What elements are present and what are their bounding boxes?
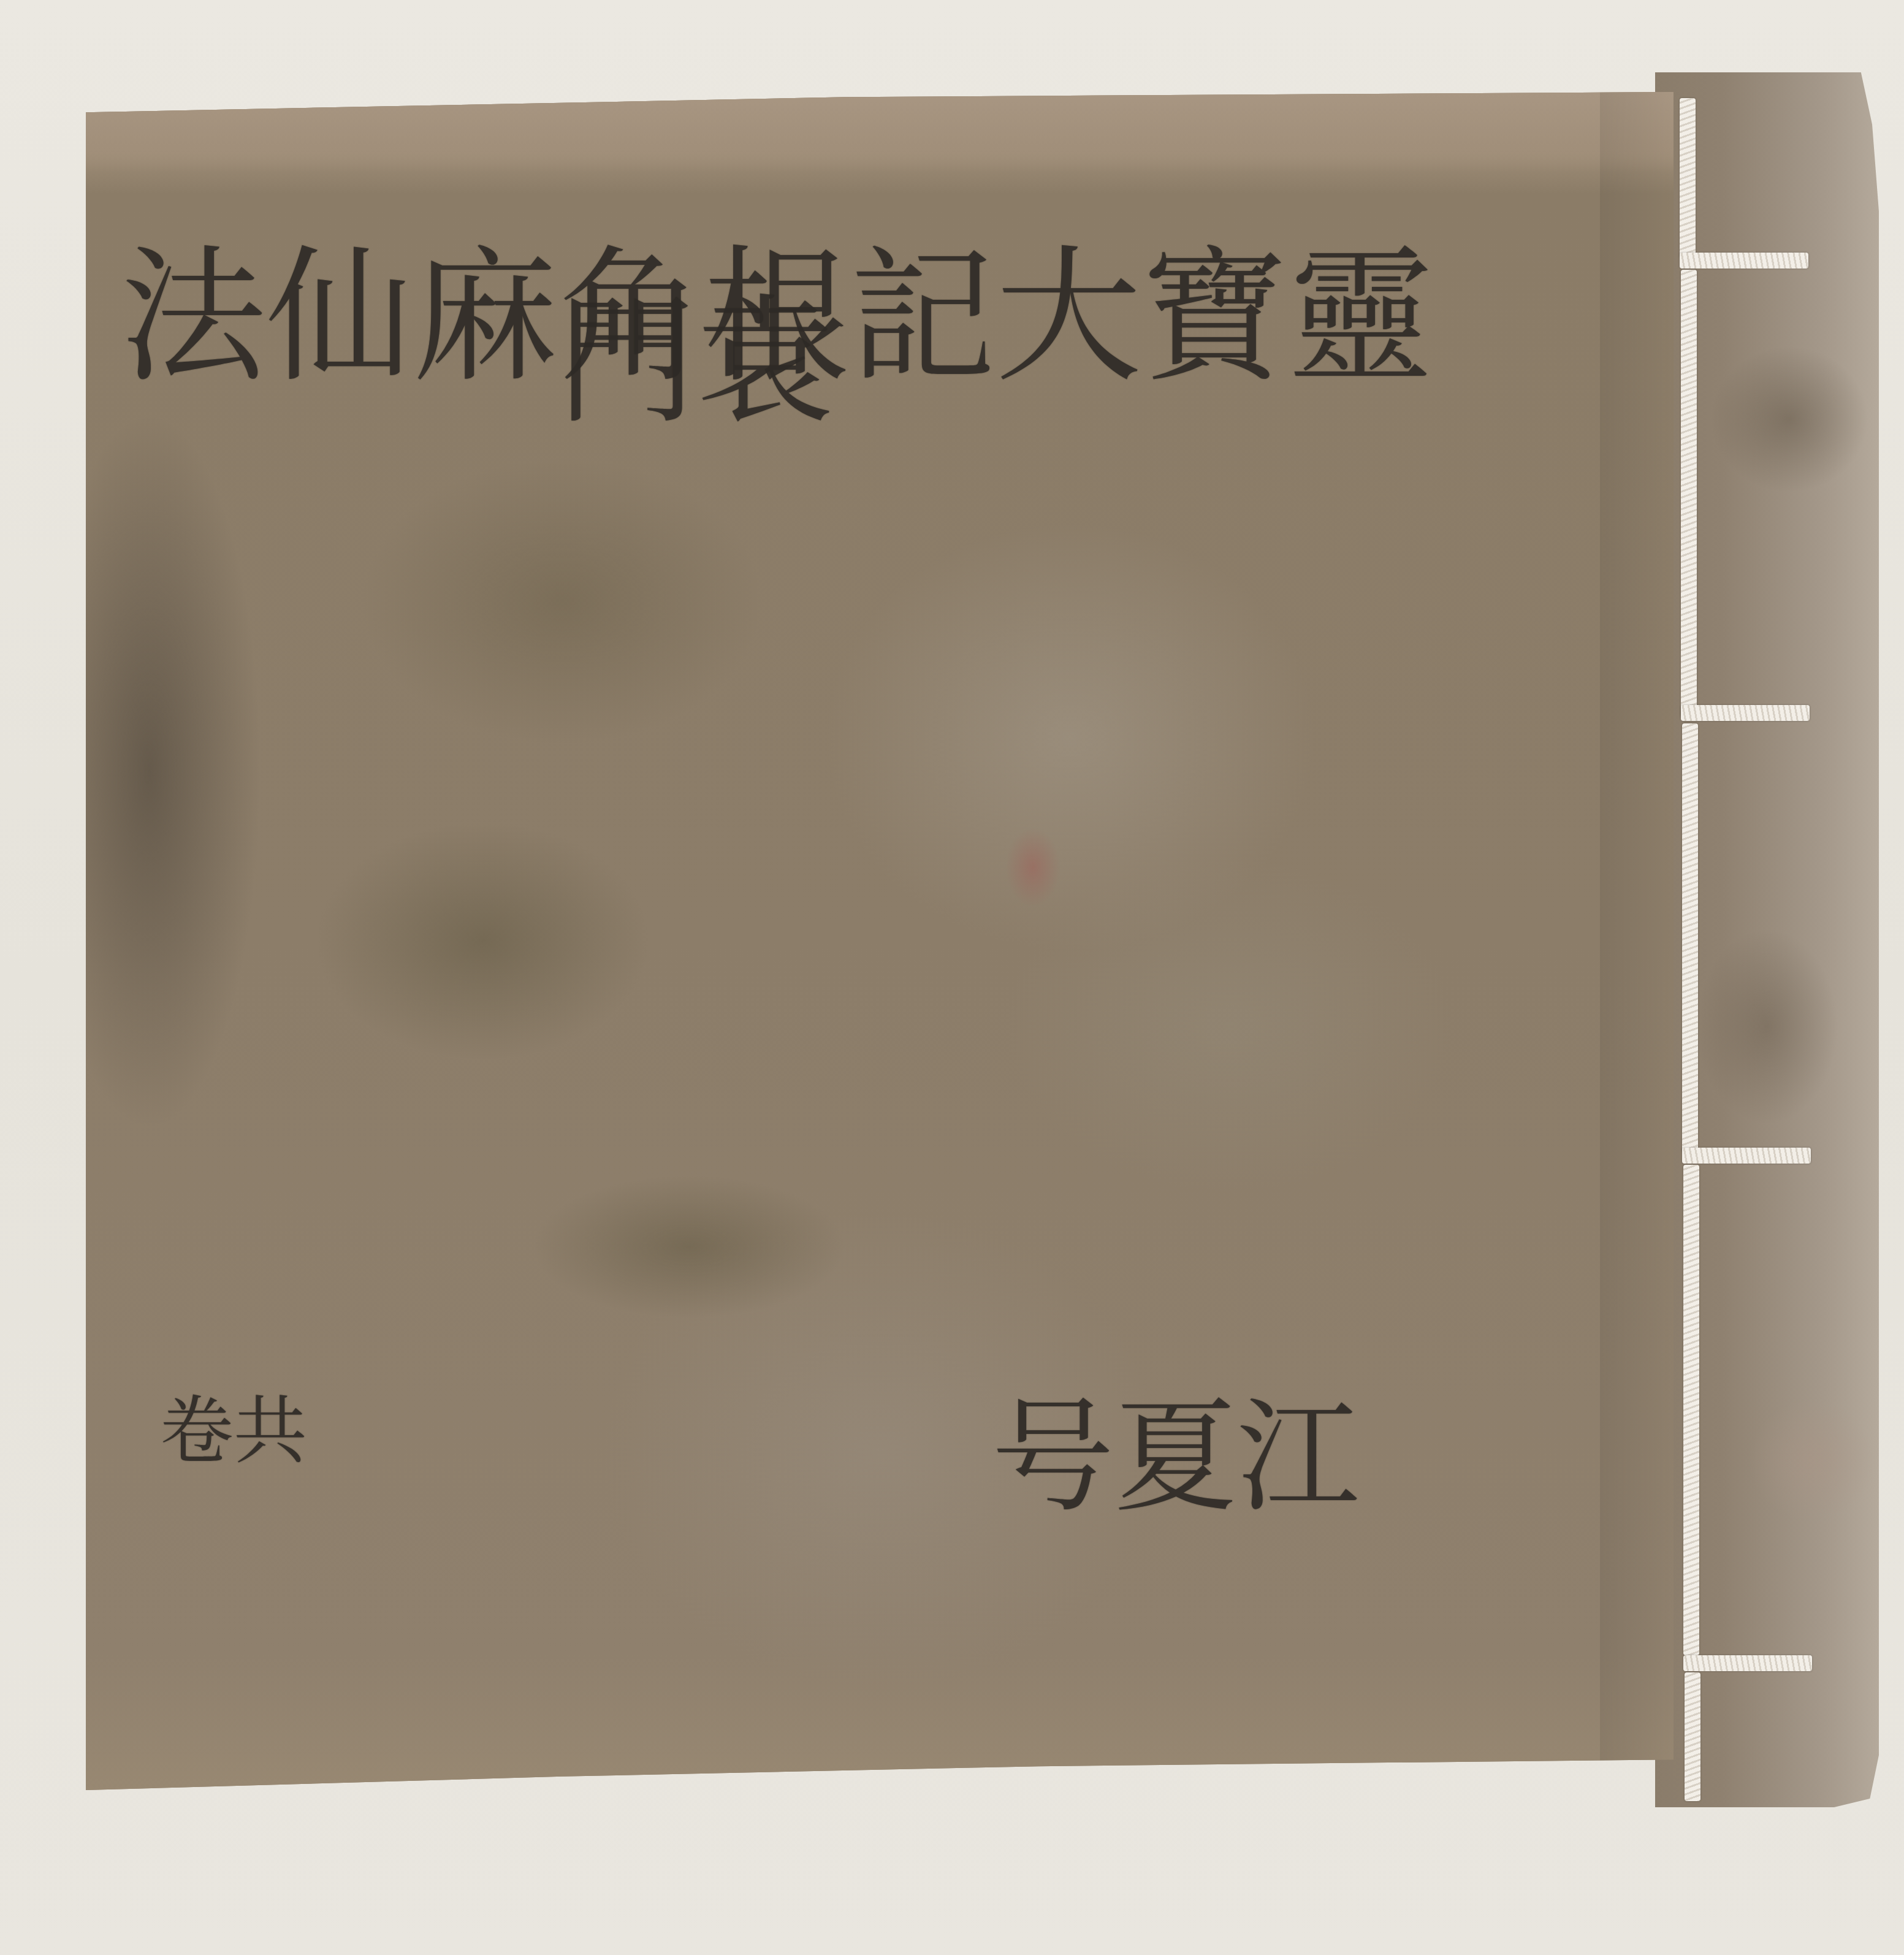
thread-horizontal-4 — [1683, 1655, 1812, 1671]
title-char: 記 — [837, 239, 983, 385]
thread-vertical-2 — [1681, 270, 1697, 717]
owner-char: 号 — [981, 1392, 1103, 1526]
title-char: 麻 — [399, 239, 545, 385]
label-char: 袁 — [684, 288, 821, 420]
school-label: 袁 門 — [546, 288, 821, 420]
thread-vertical-3 — [1682, 723, 1698, 1153]
owner-char: 夏 — [1103, 1392, 1226, 1526]
volume-char: 卷 — [153, 1392, 227, 1484]
spine-shadow — [1600, 92, 1674, 1790]
thread-horizontal-1 — [1680, 253, 1808, 269]
owner-mark: 江 夏 号 — [981, 1392, 1349, 1526]
owner-char: 江 — [1226, 1392, 1349, 1526]
red-seal-trace — [1005, 828, 1061, 907]
thread-vertical-5 — [1685, 1672, 1700, 1801]
thread-horizontal-3 — [1682, 1148, 1811, 1164]
title-char: 大 — [983, 239, 1129, 385]
title-char: 法 — [107, 239, 253, 385]
thread-horizontal-2 — [1681, 705, 1810, 721]
thread-vertical-4 — [1683, 1165, 1699, 1655]
label-char: 門 — [546, 288, 684, 420]
title-char: 靈 — [1274, 239, 1420, 385]
volume-note: 共 卷 — [153, 1392, 300, 1484]
volume-char: 共 — [227, 1392, 300, 1484]
title-char: 寶 — [1129, 239, 1274, 385]
title-char: 仙 — [253, 239, 399, 385]
thread-vertical-1 — [1680, 98, 1696, 257]
